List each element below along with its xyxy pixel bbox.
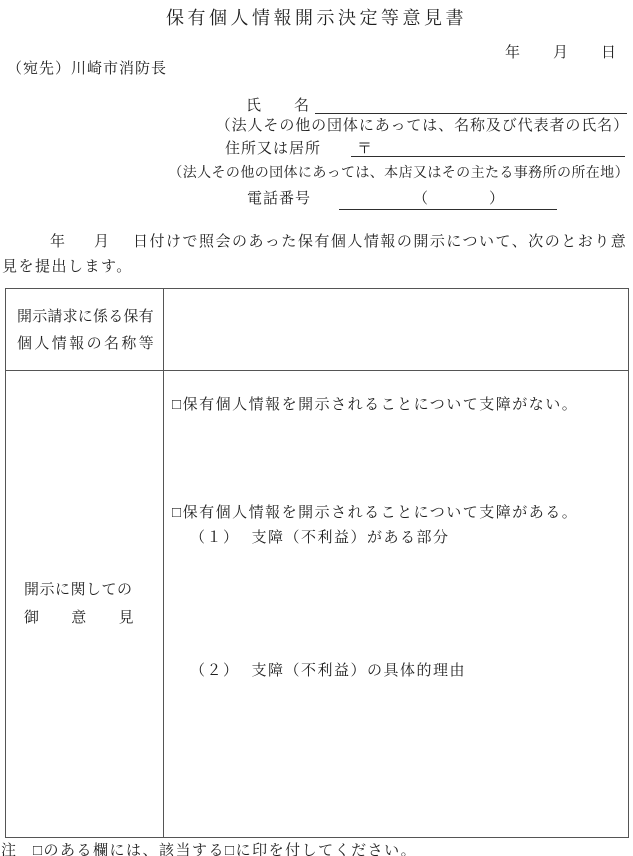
page-title: 保有個人情報開示決定等意見書 xyxy=(0,4,633,30)
checkbox-objection-icon[interactable]: □ xyxy=(172,505,183,521)
phone-label: 電話番号 xyxy=(247,190,311,208)
sub-item-1: （１）支障（不利益）がある部分 xyxy=(190,529,450,547)
form-page: 保有個人情報開示決定等意見書 年 月 日 （宛先）川崎市消防長 氏 名 （法人そ… xyxy=(0,0,633,856)
option-no-objection-label: 保有個人情報を開示されることについて支障がない。 xyxy=(183,397,579,413)
sub-item-1-number: （１） xyxy=(190,530,240,546)
phone-open-paren: （ xyxy=(413,190,429,208)
opinion-header-line2: 御意見 xyxy=(24,604,134,632)
intro-line1-text: 日付けで照会のあった保有個人情報の開示について、次のとおり意 xyxy=(133,233,627,251)
phone-input-line[interactable] xyxy=(339,192,557,210)
footer-note-text: □のある欄には、該当する□に印を付してください。 xyxy=(33,839,417,856)
option-objection-label: 保有個人情報を開示されることについて支障がある。 xyxy=(183,505,579,521)
opinion-header-line1: 開示に関しての xyxy=(24,576,134,604)
intro-line2-text: 見を提出します。 xyxy=(2,258,133,276)
intro-month-label: 月 xyxy=(94,233,111,251)
address-label: 住所又は居所 xyxy=(225,140,321,158)
request-info-header-line2: 個人情報の名称等 xyxy=(17,331,154,358)
name-note: （法人その他の団体にあっては、名称及び代表者の氏名） xyxy=(216,117,629,135)
request-info-header-line1: 開示請求に係る保有 xyxy=(17,304,154,331)
sub-item-2-label: 支障（不利益）の具体的理由 xyxy=(252,663,467,679)
address-note: （法人その他の団体にあっては、本店又はその主たる事務所の所在地） xyxy=(168,166,629,183)
request-info-header: 開示請求に係る保有 個人情報の名称等 xyxy=(17,304,154,358)
opinion-table: 開示請求に係る保有 個人情報の名称等 開示に関しての 御意見 □保有個人情報を開… xyxy=(5,288,629,838)
checkbox-no-objection-icon[interactable]: □ xyxy=(172,397,183,413)
name-input-line[interactable] xyxy=(315,98,627,114)
intro-year-label: 年 xyxy=(50,233,67,251)
addressee: （宛先）川崎市消防長 xyxy=(7,60,167,78)
table-column-divider xyxy=(163,289,164,837)
option-objection-row: □保有個人情報を開示されることについて支障がある。 xyxy=(172,504,578,522)
sub-item-1-label: 支障（不利益）がある部分 xyxy=(252,530,450,546)
sub-item-2-number: （２） xyxy=(190,663,240,679)
option-no-objection-row: □保有個人情報を開示されることについて支障がない。 xyxy=(172,396,578,414)
request-info-input-area[interactable] xyxy=(164,289,628,370)
date-day-label: 日 xyxy=(601,44,617,62)
date-year-label: 年 xyxy=(505,44,521,62)
date-month-label: 月 xyxy=(553,44,569,62)
name-label: 氏 名 xyxy=(246,97,310,115)
phone-close-paren: ） xyxy=(489,190,505,208)
footer-note-prefix: 注 xyxy=(1,839,18,856)
opinion-header: 開示に関しての 御意見 xyxy=(24,371,134,837)
address-input-line[interactable] xyxy=(351,141,625,157)
sub-item-2: （２）支障（不利益）の具体的理由 xyxy=(190,662,466,680)
